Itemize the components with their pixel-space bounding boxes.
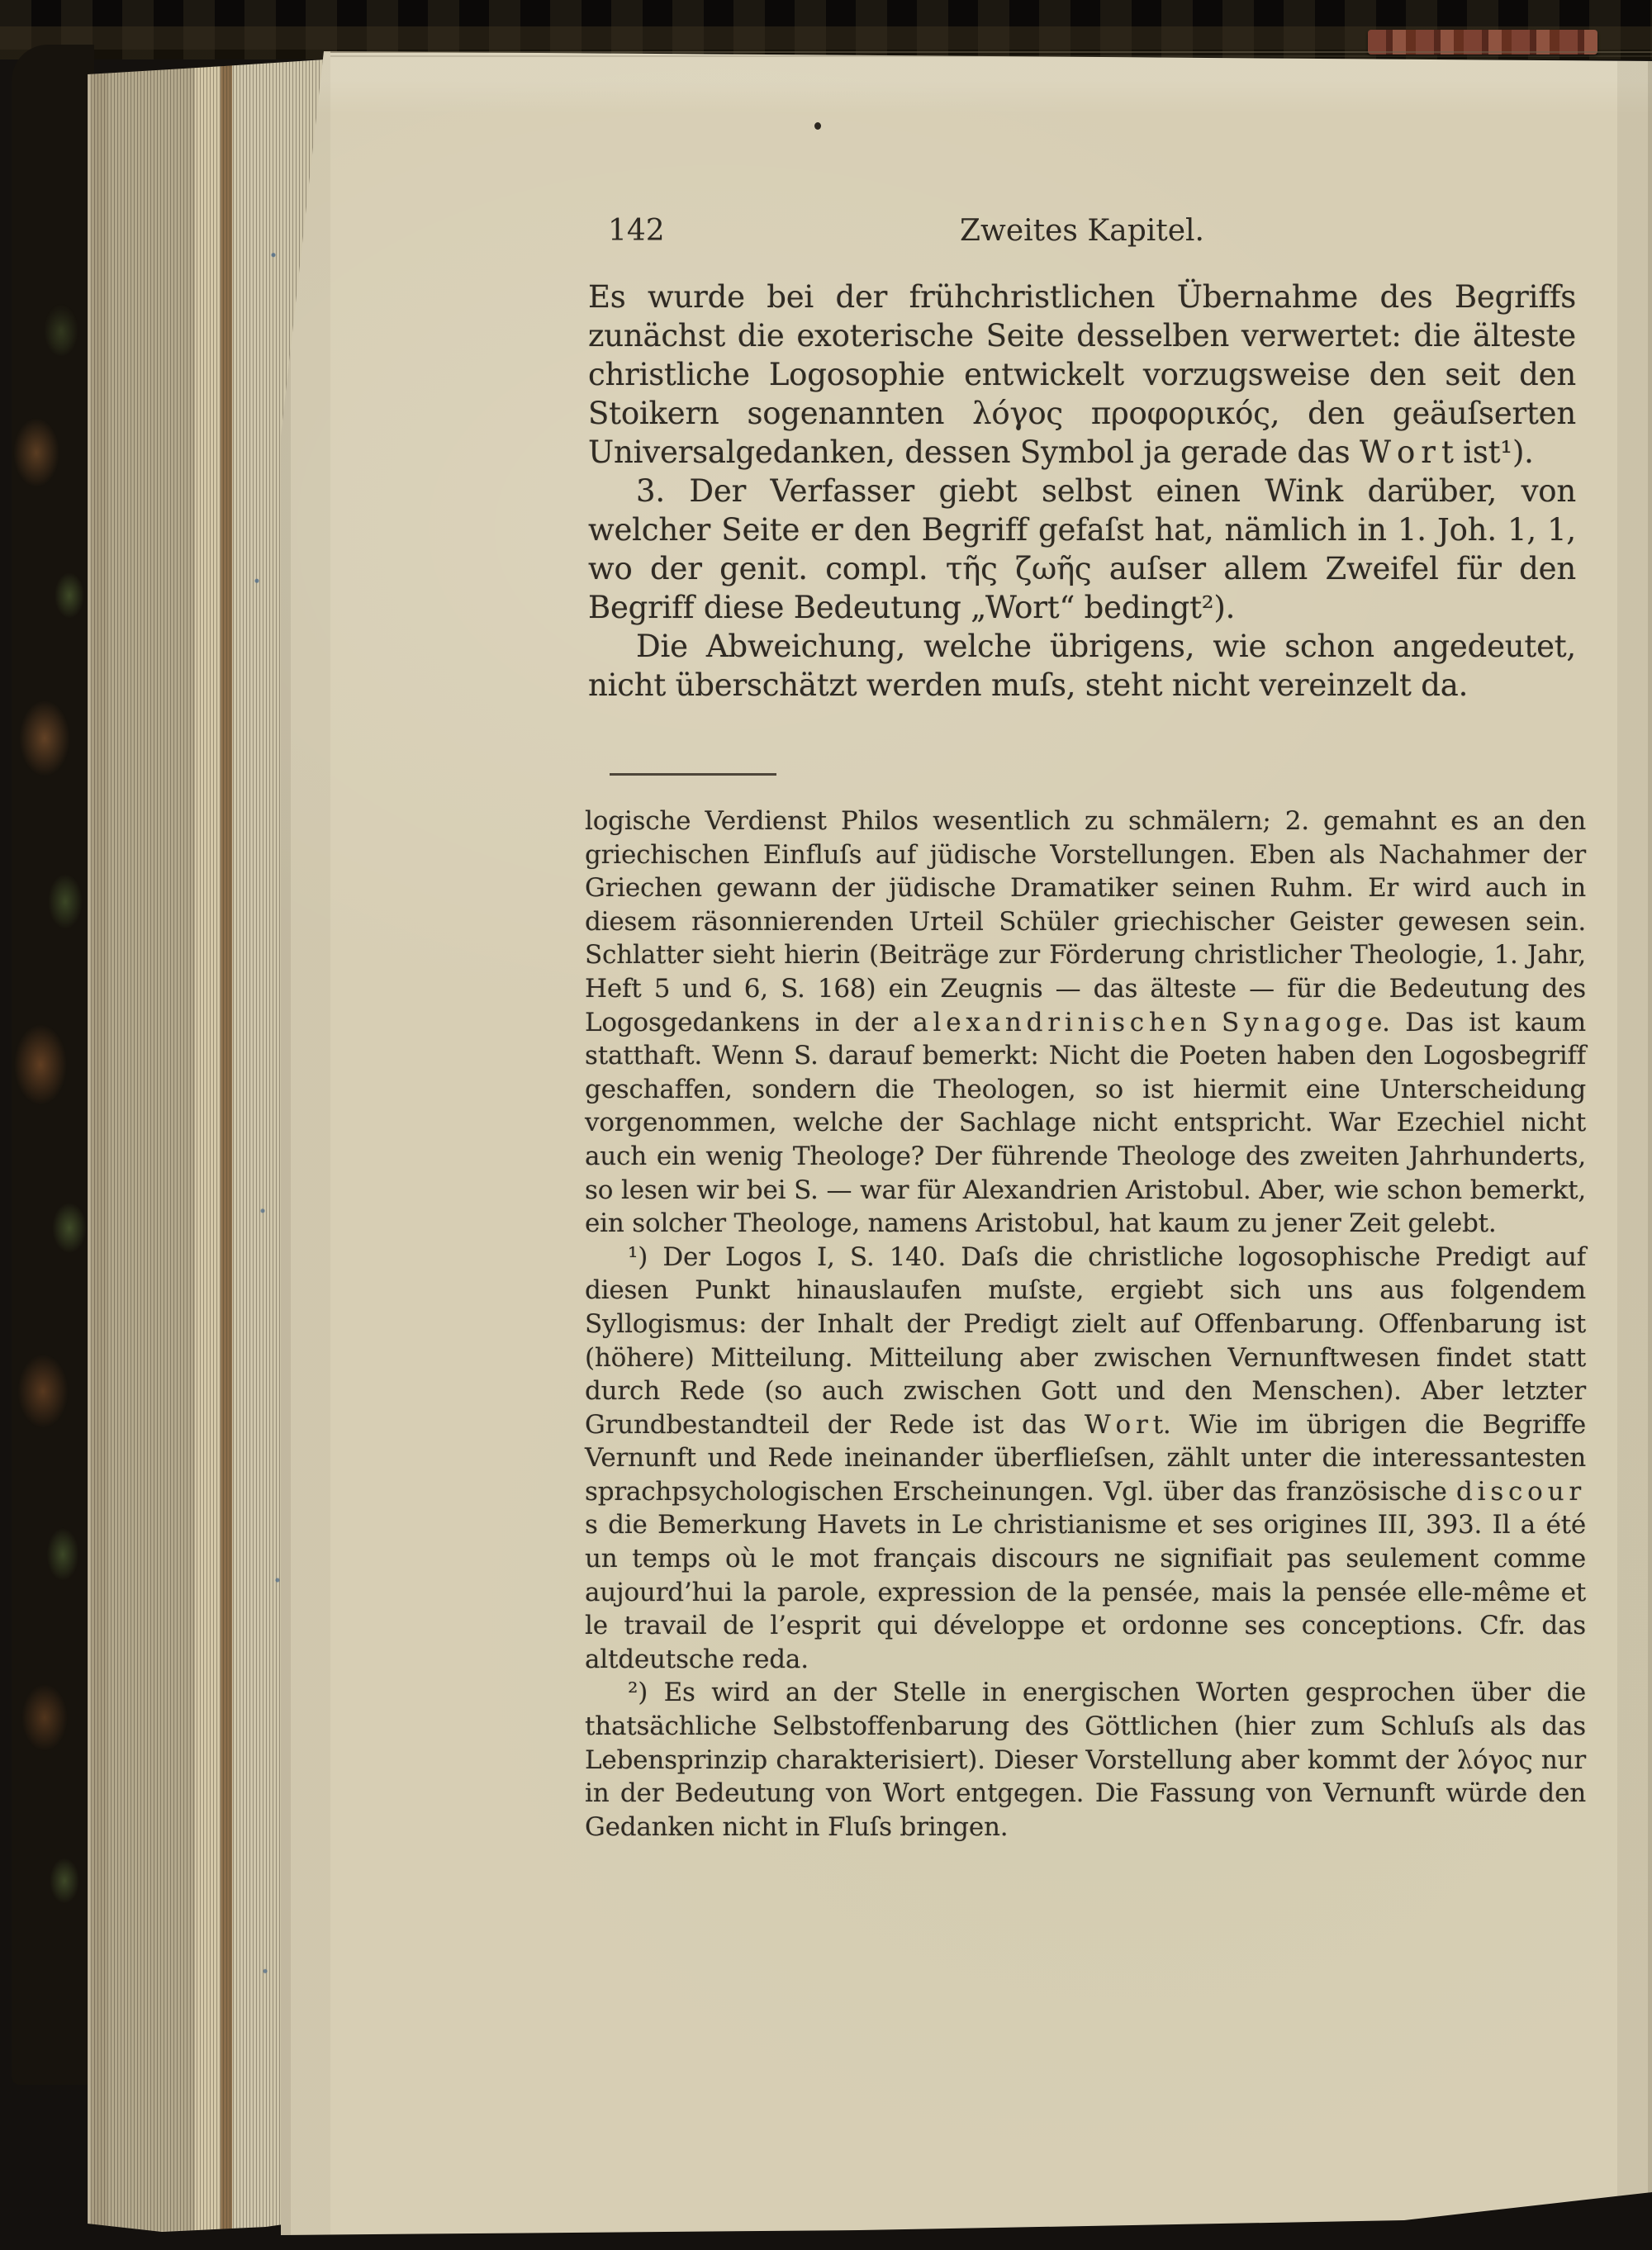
running-header: 142 Zweites Kapitel.	[586, 211, 1578, 251]
footnote-separator-rule	[610, 773, 776, 776]
footnotes: logische Verdienst Philos wesentlich zu …	[585, 805, 1586, 1844]
marbled-cover	[12, 45, 94, 2085]
body-paragraph-2: 3. Der Verfasser giebt selbst einen Wink…	[588, 472, 1576, 627]
ink-speck	[814, 122, 821, 130]
chapter-header: Zweites Kapitel.	[960, 214, 1204, 248]
page-number: 142	[608, 211, 665, 251]
body-paragraph-3: Die Abweichung, welche übrigens, wie sch…	[588, 627, 1576, 705]
footnote-1: ¹) Der Logos I, S. 140. Daſs die christl…	[585, 1241, 1586, 1677]
printed-page-content: 142 Zweites Kapitel. Es wurde bei der fr…	[281, 48, 1652, 2235]
body-paragraph-1: Es wurde bei der frühchristlichen Überna…	[588, 278, 1576, 472]
footnote-continuation: logische Verdienst Philos wesentlich zu …	[585, 805, 1586, 1241]
body-text: Es wurde bei der frühchristlichen Überna…	[588, 278, 1576, 705]
footnote-2: ²) Es wird an der Stelle in energischen …	[585, 1676, 1586, 1844]
